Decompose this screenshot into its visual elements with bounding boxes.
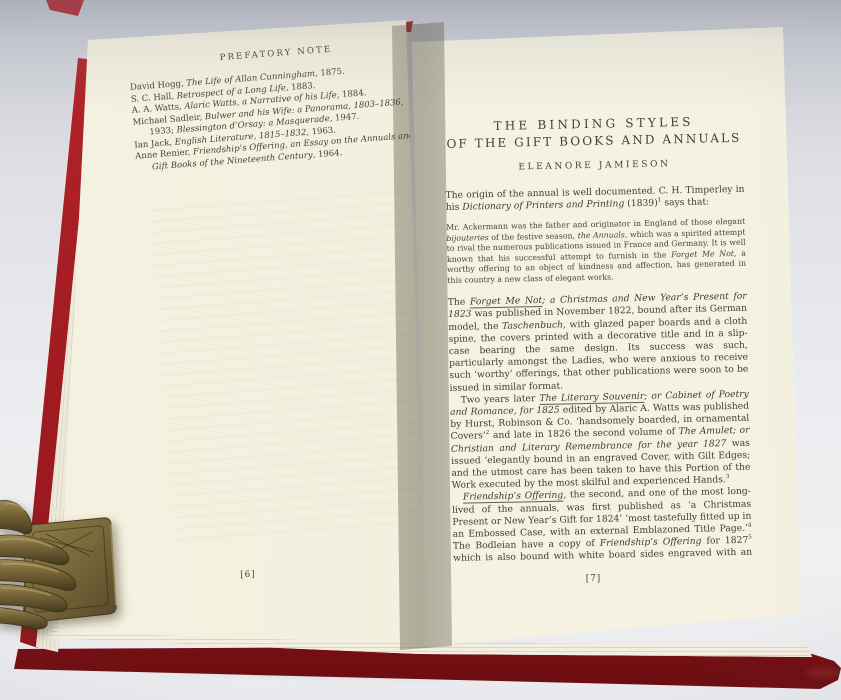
- verso-show-through: [150, 191, 425, 549]
- block-quote-timperley: Mr. Ackermann was the father and origina…: [446, 217, 746, 286]
- left-page-number: [6]: [128, 564, 368, 587]
- photo-of-open-book: PREFATORY NOTE David Hogg, The Life of A…: [0, 0, 841, 700]
- bibliography-list: David Hogg, The Life of Allan Cunningham…: [130, 61, 432, 175]
- paragraph-literary-souvenir: Two years later The Literary Souvenir; o…: [450, 388, 751, 492]
- paragraph-intro: The origin of the annual is well documen…: [445, 184, 744, 214]
- right-page-number: [7]: [444, 574, 743, 584]
- paragraph-forget-me-not: The Forget Me Not; a Christmas and New Y…: [448, 291, 749, 395]
- paragraph-friendships-offering: Friendship’s Offering, the second, and o…: [452, 486, 752, 565]
- article-title-line2: OF THE GIFT BOOKS AND ANNUALS: [444, 131, 743, 151]
- cover-corner-shadow: [806, 668, 840, 677]
- left-page-text: PREFATORY NOTE David Hogg, The Life of A…: [128, 38, 432, 175]
- brass-hand-paperweight-icon: [0, 494, 122, 636]
- article-author: ELEANORE JAMIESON: [445, 158, 744, 174]
- right-page-text: THE BINDING STYLES OF THE GIFT BOOKS AND…: [444, 114, 752, 566]
